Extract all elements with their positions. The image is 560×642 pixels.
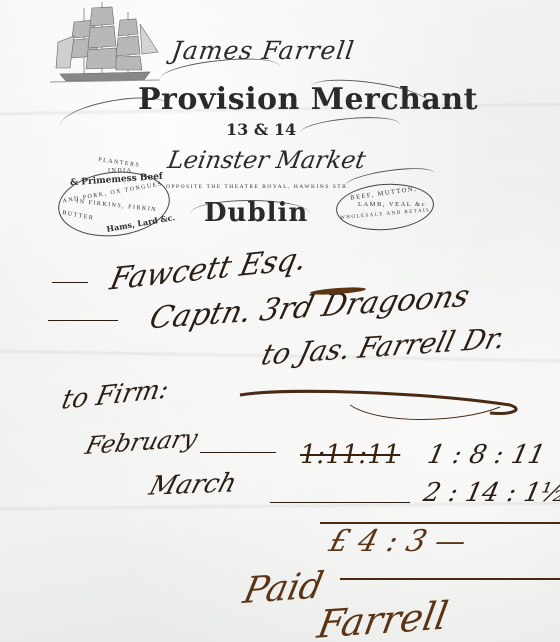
business-title: Provision Merchant xyxy=(138,82,478,117)
merchant-name: James Farrell xyxy=(170,36,357,65)
market-name: Leinster Market xyxy=(166,146,368,174)
city-name: Dublin xyxy=(204,198,308,228)
sailing-ship-icon xyxy=(50,2,160,84)
paid-stamp: Paid xyxy=(240,565,327,612)
signature: Farrell xyxy=(314,593,451,642)
ink-flourish xyxy=(230,385,530,425)
entry-month: February xyxy=(83,424,201,460)
address-number: 13 & 14 xyxy=(226,120,296,139)
entry-amount: 2 : 14 : 1½ xyxy=(421,478,560,508)
account-label: to Firm: xyxy=(59,374,172,416)
total-rule xyxy=(340,578,560,580)
location-line: OPPOSITE THE THEATRE ROYAL, HAWKINS STR. xyxy=(166,184,350,190)
invoice-document: James Farrell Provision Merchant 13 & 14… xyxy=(0,0,560,642)
dash-mark xyxy=(270,502,410,503)
invoice-total: £ 4 : 3 — xyxy=(325,524,470,559)
dash-mark xyxy=(52,282,88,283)
struck-amount: 1:11:11 xyxy=(300,440,400,470)
entry-month: March xyxy=(146,468,241,501)
oval-text: LAMB, VEAL &c xyxy=(358,201,426,208)
entry-amount: 1 : 8 : 11 xyxy=(425,440,548,470)
dash-mark xyxy=(48,320,118,321)
debit-line: to Jas. Farrell Dr. xyxy=(258,321,509,372)
addressee-name: Fawcett Esq. xyxy=(107,241,310,298)
dash-mark xyxy=(200,452,276,453)
flourish xyxy=(299,114,400,144)
